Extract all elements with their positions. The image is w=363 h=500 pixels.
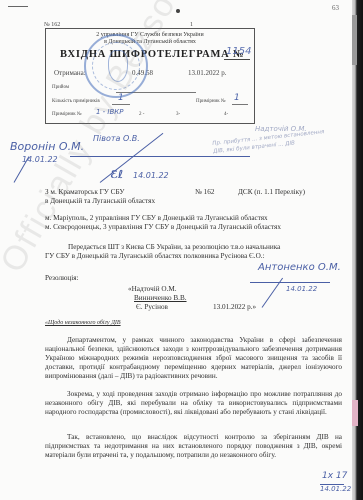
from-line2: в Донецькій та Луганській областях (45, 197, 155, 206)
resolution-date: 13.01.2022 р.» (213, 303, 256, 312)
page-number: 63 (332, 4, 339, 12)
top-dash-mark (8, 6, 28, 7)
copies-count-label: Кількість примірників (52, 99, 100, 104)
paragraph-2: Зокрема, у ході проведення заходів отрим… (45, 390, 342, 417)
bottom-mark: 1х 17 (322, 471, 347, 481)
resolution-label: Резолюція: (45, 274, 79, 283)
handwritten-telegram-number: 1154 (226, 46, 251, 57)
resolution-line3: Є. Русінов (136, 303, 168, 312)
number-underline (224, 59, 250, 60)
paragraph-3: Так, встановлено, що внаслідок відсутнос… (45, 433, 342, 460)
scan-edge-pink-tab (352, 400, 358, 426)
copy-entry-2: 2 - (139, 112, 144, 117)
frame-org-line1: 2 управління ГУ Служби безпеки України (46, 32, 254, 38)
resolution-signature: Антоненко О.М. (258, 262, 341, 273)
resolution-line1: «Надточій О.М. (128, 285, 177, 294)
signature-center-name: Півота О.В. (93, 134, 140, 143)
copy-no-label: Примірник № (196, 99, 226, 104)
recipient-2: м. Сєвєродонецьк, 3 управління ГУ СБУ в … (45, 223, 281, 232)
copy-entry-4: 4- (224, 112, 228, 117)
resolution-line2: Винниченко В.В. (134, 294, 187, 303)
classification: ДСК (п. 1.1 Переліку) (238, 188, 305, 197)
bottom-date: 14.01.22 (320, 485, 351, 493)
forward-text-line1: Передається ШТ з Києва СБ України, за ре… (68, 243, 280, 252)
header-number: № 162 (195, 188, 214, 197)
document-page: 63 № 162 1 2 управління ГУ Служби безпек… (0, 0, 352, 500)
subject-line: «Щодо незаконного обігу ДІВ (45, 319, 121, 328)
paragraph-1: Департаментом, у рамках чинного законода… (45, 336, 342, 381)
frame-org-line2: в Донецькій та Луганській областях (46, 39, 254, 45)
copies-count-underline (112, 104, 130, 105)
forward-text-line2: ГУ СБУ в Донецькій та Луганській областя… (45, 252, 265, 261)
resolution-signature-date: 14.01.22 (286, 285, 317, 293)
copy-no-underline (232, 104, 248, 105)
hole-punch-mark (176, 9, 180, 13)
received-date: 13.01.2022 р. (188, 69, 227, 77)
resolution-signature-line (250, 282, 330, 283)
scan-edge-shadow (352, 15, 357, 65)
copy-no-value: 1 (234, 93, 240, 103)
from-line1: З м. Краматорськ ГУ СБУ (45, 188, 124, 197)
registration-frame: 2 управління ГУ Служби безпеки України в… (45, 28, 255, 124)
copy-entry-3: 3- (176, 112, 180, 117)
signature-left-name: Воронін О.М. (10, 140, 84, 153)
processed-label: Прийом (52, 85, 69, 90)
signature-center-date: 14.01.22 (133, 171, 169, 180)
scan-edge (352, 0, 363, 500)
official-stamp-icon (84, 34, 148, 98)
recipient-1: м. Маріуполь, 2 управління ГУ СБУ в Доне… (45, 214, 268, 223)
copies-list-label: Примірник № (52, 112, 82, 117)
received-label: Отримана: (54, 69, 86, 77)
copy-entry-1: 1 - ІВКР (96, 108, 124, 116)
